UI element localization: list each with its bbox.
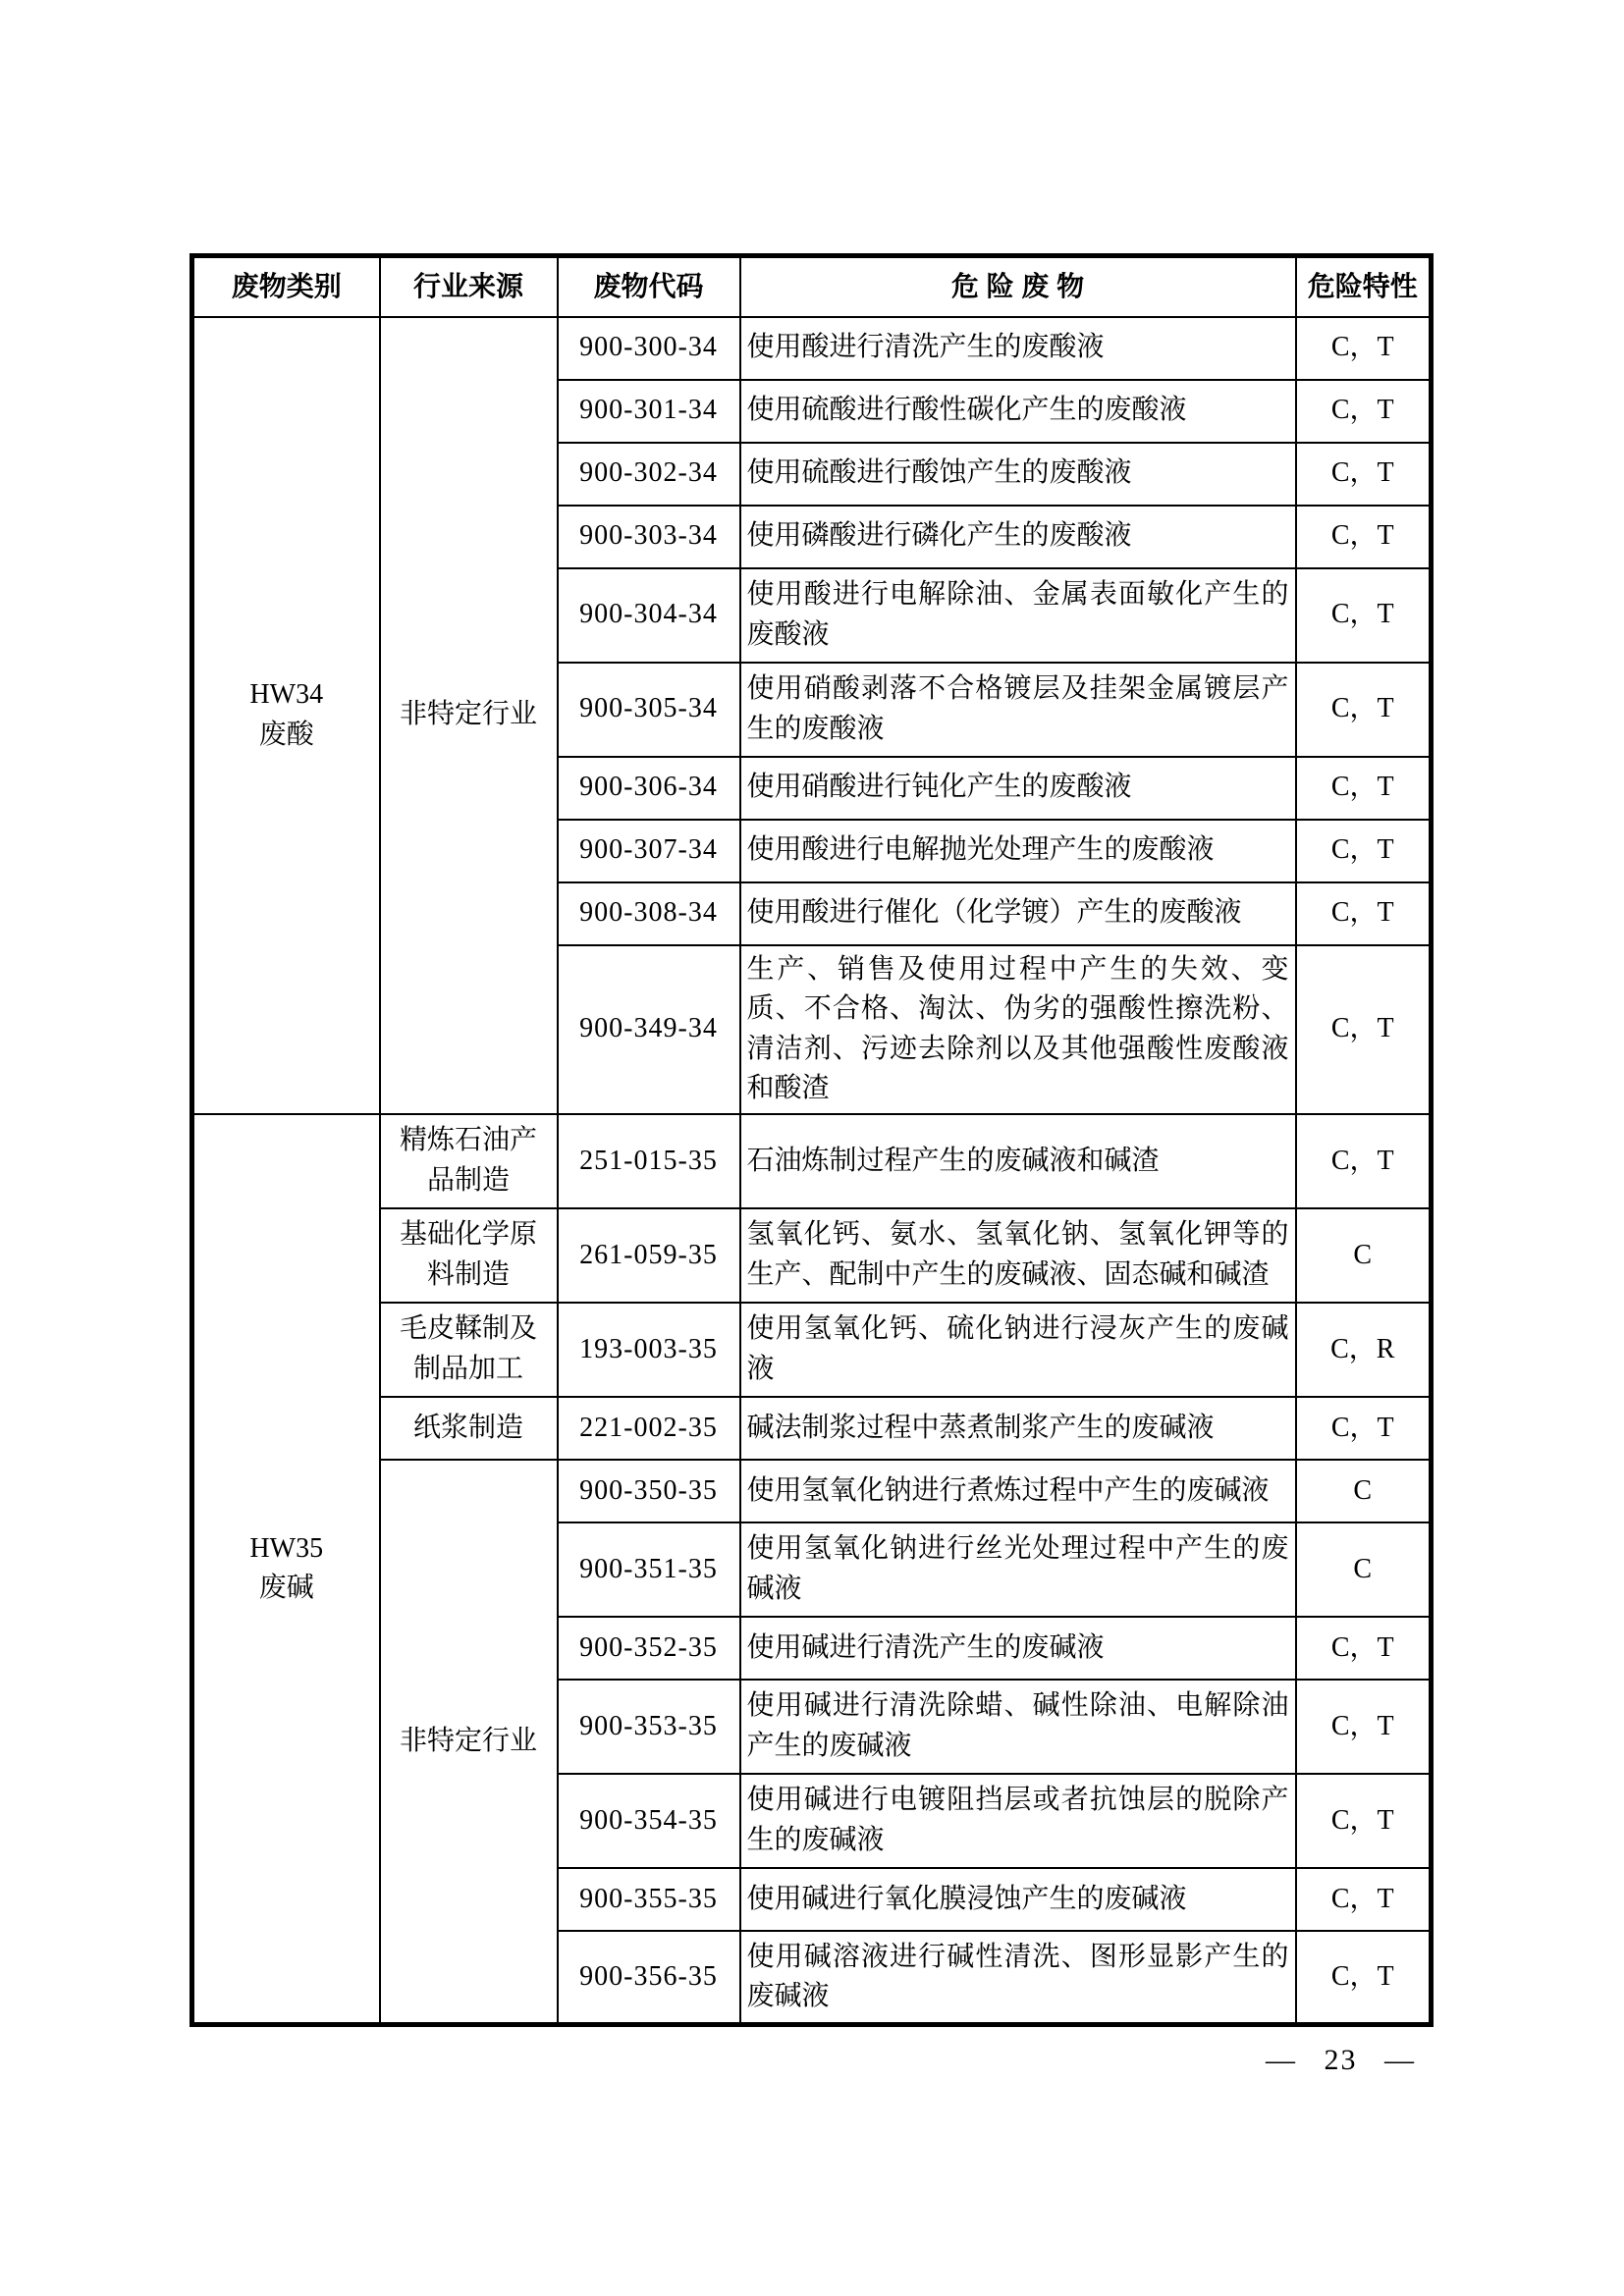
waste-desc-cell: 使用碱进行清洗产生的废碱液 <box>740 1617 1296 1680</box>
table-row: HW34 废酸 非特定行业 900-300-34 使用酸进行清洗产生的废酸液 C… <box>192 317 1432 380</box>
hazard-char-cell: C，T <box>1296 1931 1432 2025</box>
table-row: HW35 废碱 精炼石油产品制造 251-015-35 石油炼制过程产生的废碱液… <box>192 1114 1432 1208</box>
waste-desc-cell: 石油炼制过程产生的废碱液和碱渣 <box>740 1114 1296 1208</box>
category-cell-hw35: HW35 废碱 <box>192 1114 380 2025</box>
waste-desc-cell: 使用硝酸进行钝化产生的废酸液 <box>740 757 1296 820</box>
header-waste-code: 废物代码 <box>558 256 740 317</box>
waste-code-cell: 193-003-35 <box>558 1303 740 1397</box>
waste-code-cell: 900-352-35 <box>558 1617 740 1680</box>
category-code: HW34 <box>200 675 373 716</box>
hazard-char-cell: C，T <box>1296 317 1432 380</box>
waste-code-cell: 900-303-34 <box>558 506 740 568</box>
header-hazardous-waste: 危 险 废 物 <box>740 256 1296 317</box>
hazard-char-cell: C，T <box>1296 1680 1432 1774</box>
hazard-char-cell: C，T <box>1296 945 1432 1114</box>
waste-code-cell: 900-350-35 <box>558 1460 740 1522</box>
waste-code-cell: 261-059-35 <box>558 1208 740 1303</box>
hazard-char-cell: C，T <box>1296 1774 1432 1868</box>
hazard-char-cell: C <box>1296 1208 1432 1303</box>
waste-desc-cell: 使用酸进行电解抛光处理产生的废酸液 <box>740 820 1296 882</box>
waste-desc-cell: 使用硫酸进行酸蚀产生的废酸液 <box>740 443 1296 506</box>
waste-desc-cell: 使用氢氧化钙、硫化钠进行浸灰产生的废碱液 <box>740 1303 1296 1397</box>
page-number: — 23 — <box>1266 2044 1416 2077</box>
hazard-char-cell: C，T <box>1296 882 1432 945</box>
hazard-char-cell: C <box>1296 1460 1432 1522</box>
header-hazard-characteristic: 危险特性 <box>1296 256 1432 317</box>
waste-code-cell: 900-353-35 <box>558 1680 740 1774</box>
waste-desc-cell: 碱法制浆过程中蒸煮制浆产生的废碱液 <box>740 1397 1296 1460</box>
industry-cell: 纸浆制造 <box>380 1397 558 1460</box>
industry-cell: 精炼石油产品制造 <box>380 1114 558 1208</box>
document-page: 废物类别 行业来源 废物代码 危 险 废 物 危险特性 HW34 废酸 非特定行… <box>0 0 1624 2296</box>
hazardous-waste-table: 废物类别 行业来源 废物代码 危 险 废 物 危险特性 HW34 废酸 非特定行… <box>189 253 1434 2027</box>
hazard-char-cell: C，T <box>1296 757 1432 820</box>
waste-desc-cell: 使用碱进行清洗除蜡、碱性除油、电解除油产生的废碱液 <box>740 1680 1296 1774</box>
industry-cell: 非特定行业 <box>380 1460 558 2025</box>
header-industry-source: 行业来源 <box>380 256 558 317</box>
waste-code-cell: 900-301-34 <box>558 380 740 443</box>
waste-desc-cell: 使用碱进行电镀阻挡层或者抗蚀层的脱除产生的废碱液 <box>740 1774 1296 1868</box>
waste-code-cell: 900-307-34 <box>558 820 740 882</box>
waste-desc-cell: 氢氧化钙、氨水、氢氧化钠、氢氧化钾等的生产、配制中产生的废碱液、固态碱和碱渣 <box>740 1208 1296 1303</box>
waste-code-cell: 251-015-35 <box>558 1114 740 1208</box>
industry-cell: 基础化学原料制造 <box>380 1208 558 1303</box>
waste-code-cell: 900-302-34 <box>558 443 740 506</box>
waste-desc-cell: 使用酸进行催化（化学镀）产生的废酸液 <box>740 882 1296 945</box>
waste-code-cell: 900-354-35 <box>558 1774 740 1868</box>
header-waste-category: 废物类别 <box>192 256 380 317</box>
waste-desc-cell: 使用硝酸剥落不合格镀层及挂架金属镀层产生的废酸液 <box>740 663 1296 757</box>
hazard-char-cell: C，T <box>1296 443 1432 506</box>
hazard-char-cell: C，T <box>1296 663 1432 757</box>
waste-desc-cell: 生产、销售及使用过程中产生的失效、变质、不合格、淘汰、伪劣的强酸性擦洗粉、清洁剂… <box>740 945 1296 1114</box>
hazard-char-cell: C，T <box>1296 1617 1432 1680</box>
category-cell-hw34: HW34 废酸 <box>192 317 380 1114</box>
waste-code-cell: 900-306-34 <box>558 757 740 820</box>
waste-desc-cell: 使用磷酸进行磷化产生的废酸液 <box>740 506 1296 568</box>
category-label: 废碱 <box>200 1569 373 1609</box>
hazard-char-cell: C，T <box>1296 1397 1432 1460</box>
waste-desc-cell: 使用碱进行氧化膜浸蚀产生的废碱液 <box>740 1868 1296 1931</box>
waste-code-cell: 221-002-35 <box>558 1397 740 1460</box>
hazard-char-cell: C，T <box>1296 380 1432 443</box>
hazard-char-cell: C，T <box>1296 506 1432 568</box>
waste-desc-cell: 使用氢氧化钠进行煮炼过程中产生的废碱液 <box>740 1460 1296 1522</box>
hazard-char-cell: C <box>1296 1522 1432 1617</box>
waste-code-cell: 900-305-34 <box>558 663 740 757</box>
hazard-char-cell: C，T <box>1296 1868 1432 1931</box>
waste-desc-cell: 使用硫酸进行酸性碳化产生的废酸液 <box>740 380 1296 443</box>
industry-cell: 非特定行业 <box>380 317 558 1114</box>
waste-desc-cell: 使用酸进行清洗产生的废酸液 <box>740 317 1296 380</box>
waste-code-cell: 900-349-34 <box>558 945 740 1114</box>
category-code: HW35 <box>200 1529 373 1570</box>
hazard-char-cell: C，T <box>1296 568 1432 663</box>
hazard-char-cell: C，R <box>1296 1303 1432 1397</box>
waste-code-cell: 900-356-35 <box>558 1931 740 2025</box>
hazard-char-cell: C，T <box>1296 820 1432 882</box>
waste-code-cell: 900-355-35 <box>558 1868 740 1931</box>
waste-desc-cell: 使用碱溶液进行碱性清洗、图形显影产生的废碱液 <box>740 1931 1296 2025</box>
hazard-char-cell: C，T <box>1296 1114 1432 1208</box>
waste-desc-cell: 使用酸进行电解除油、金属表面敏化产生的废酸液 <box>740 568 1296 663</box>
waste-code-cell: 900-351-35 <box>558 1522 740 1617</box>
waste-code-cell: 900-300-34 <box>558 317 740 380</box>
waste-code-cell: 900-304-34 <box>558 568 740 663</box>
waste-code-cell: 900-308-34 <box>558 882 740 945</box>
table-header-row: 废物类别 行业来源 废物代码 危 险 废 物 危险特性 <box>192 256 1432 317</box>
waste-desc-cell: 使用氢氧化钠进行丝光处理过程中产生的废碱液 <box>740 1522 1296 1617</box>
category-label: 废酸 <box>200 716 373 756</box>
industry-cell: 毛皮鞣制及制品加工 <box>380 1303 558 1397</box>
